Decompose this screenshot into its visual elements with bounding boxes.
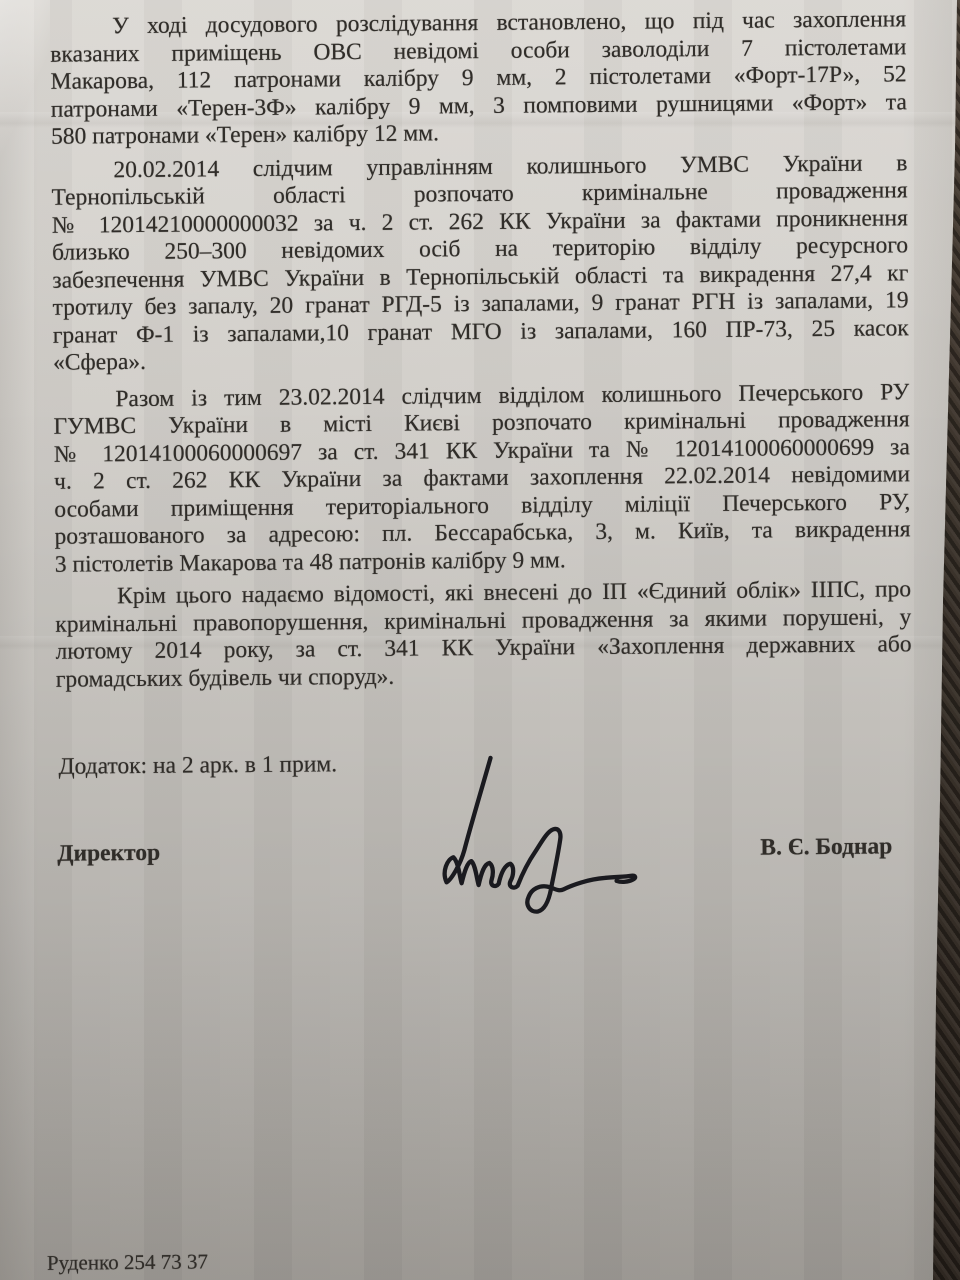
photo-of-document: { "photo": { "colors": { "paper": "#cfcc… <box>0 0 960 1280</box>
paragraph: Разом із тим 23.02.2014 слідчим відділом… <box>53 379 911 579</box>
footer-contact: Руденко 254 73 37 <box>47 1248 208 1277</box>
paragraph: Крім цього надаємо відомості, які внесен… <box>55 576 912 693</box>
signer-role: Директор <box>57 840 160 868</box>
signer-name: В. Є. Боднар <box>760 833 892 862</box>
document-text: У ході досудового розслідування встановл… <box>50 6 917 1279</box>
attachment-note: Додаток: на 2 арк. в 1 прим. <box>58 751 337 781</box>
handwritten-signature-icon <box>406 748 688 930</box>
paragraph: 20.02.2014 слідчим управлінням колишньог… <box>51 150 909 377</box>
paragraph: У ході досудового розслідування встановл… <box>50 6 907 151</box>
